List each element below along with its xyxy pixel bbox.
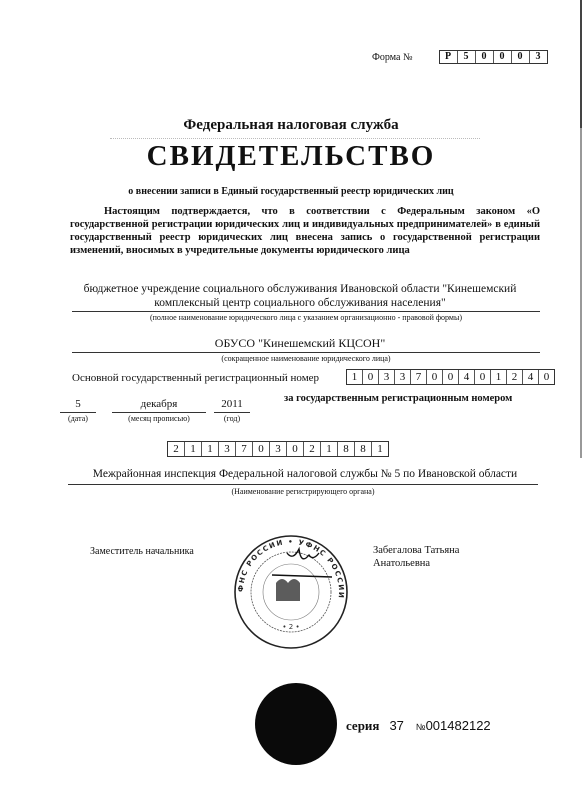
document-title: СВИДЕТЕЛЬСТВО <box>0 140 582 173</box>
divider <box>72 352 540 353</box>
blank-number: 001482122 <box>426 718 491 733</box>
document-subtitle: о внесении записи в Единый государственн… <box>0 186 582 197</box>
form-label: Форма № <box>372 52 413 63</box>
svg-text:• 2 •: • 2 • <box>282 623 299 631</box>
date-month: декабря <box>112 398 206 410</box>
signer-name: Забегалова Татьяна Анатольевна <box>373 544 459 570</box>
agency-name: Федеральная налоговая служба <box>0 117 582 134</box>
blank-series-number: серия 37 № 001482122 <box>346 718 491 734</box>
divider <box>68 484 538 485</box>
date-day: 5 <box>60 398 96 410</box>
divider <box>60 412 96 413</box>
official-stamp-icon: ФНС РОССИИ • УФНС РОССИИ • 2 • <box>232 533 350 651</box>
certificate-page: Форма № Р 5 0 0 0 3 Федеральная налогова… <box>0 0 582 800</box>
divider <box>72 311 540 312</box>
coat-of-arms-seal-icon <box>255 683 337 765</box>
reg-number-label: за государственным регистрационным номер… <box>284 393 512 404</box>
number-sign: № <box>416 722 426 732</box>
series-label: серия <box>346 718 379 734</box>
divider <box>112 412 206 413</box>
date-month-caption: (месяц прописью) <box>112 414 206 423</box>
divider <box>110 138 480 139</box>
org-short-name-caption: (сокращенное наименование юридического л… <box>72 354 540 363</box>
registering-authority: Межрайонная инспекция Федеральной налого… <box>80 468 530 480</box>
authority-caption: (Наименование регистрирующего органа) <box>68 487 538 496</box>
date-year: 2011 <box>214 398 250 410</box>
reg-number-boxes: 2 1 1 3 7 0 3 0 2 1 8 8 1 <box>167 441 389 457</box>
ogrn-boxes: 1 0 3 3 7 0 0 4 0 1 2 4 0 <box>346 369 555 385</box>
form-code-boxes: Р 5 0 0 0 3 <box>439 50 548 64</box>
org-full-name: бюджетное учреждение социального обслужи… <box>80 282 520 310</box>
date-year-caption: (год) <box>214 414 250 423</box>
signer-position: Заместитель начальника <box>90 546 194 557</box>
ogrn-label: Основной государственный регистрационный… <box>72 372 319 384</box>
date-day-caption: (дата) <box>60 414 96 423</box>
intro-text: Настоящим подтверждается, что в соответс… <box>70 205 540 257</box>
form-number: Форма № Р 5 0 0 0 3 <box>372 50 548 64</box>
series-value: 37 <box>389 718 403 733</box>
org-full-name-caption: (полное наименование юридического лица с… <box>72 313 540 322</box>
org-short-name: ОБУСО "Кинешемский КЦСОН" <box>80 336 520 351</box>
divider <box>214 412 250 413</box>
